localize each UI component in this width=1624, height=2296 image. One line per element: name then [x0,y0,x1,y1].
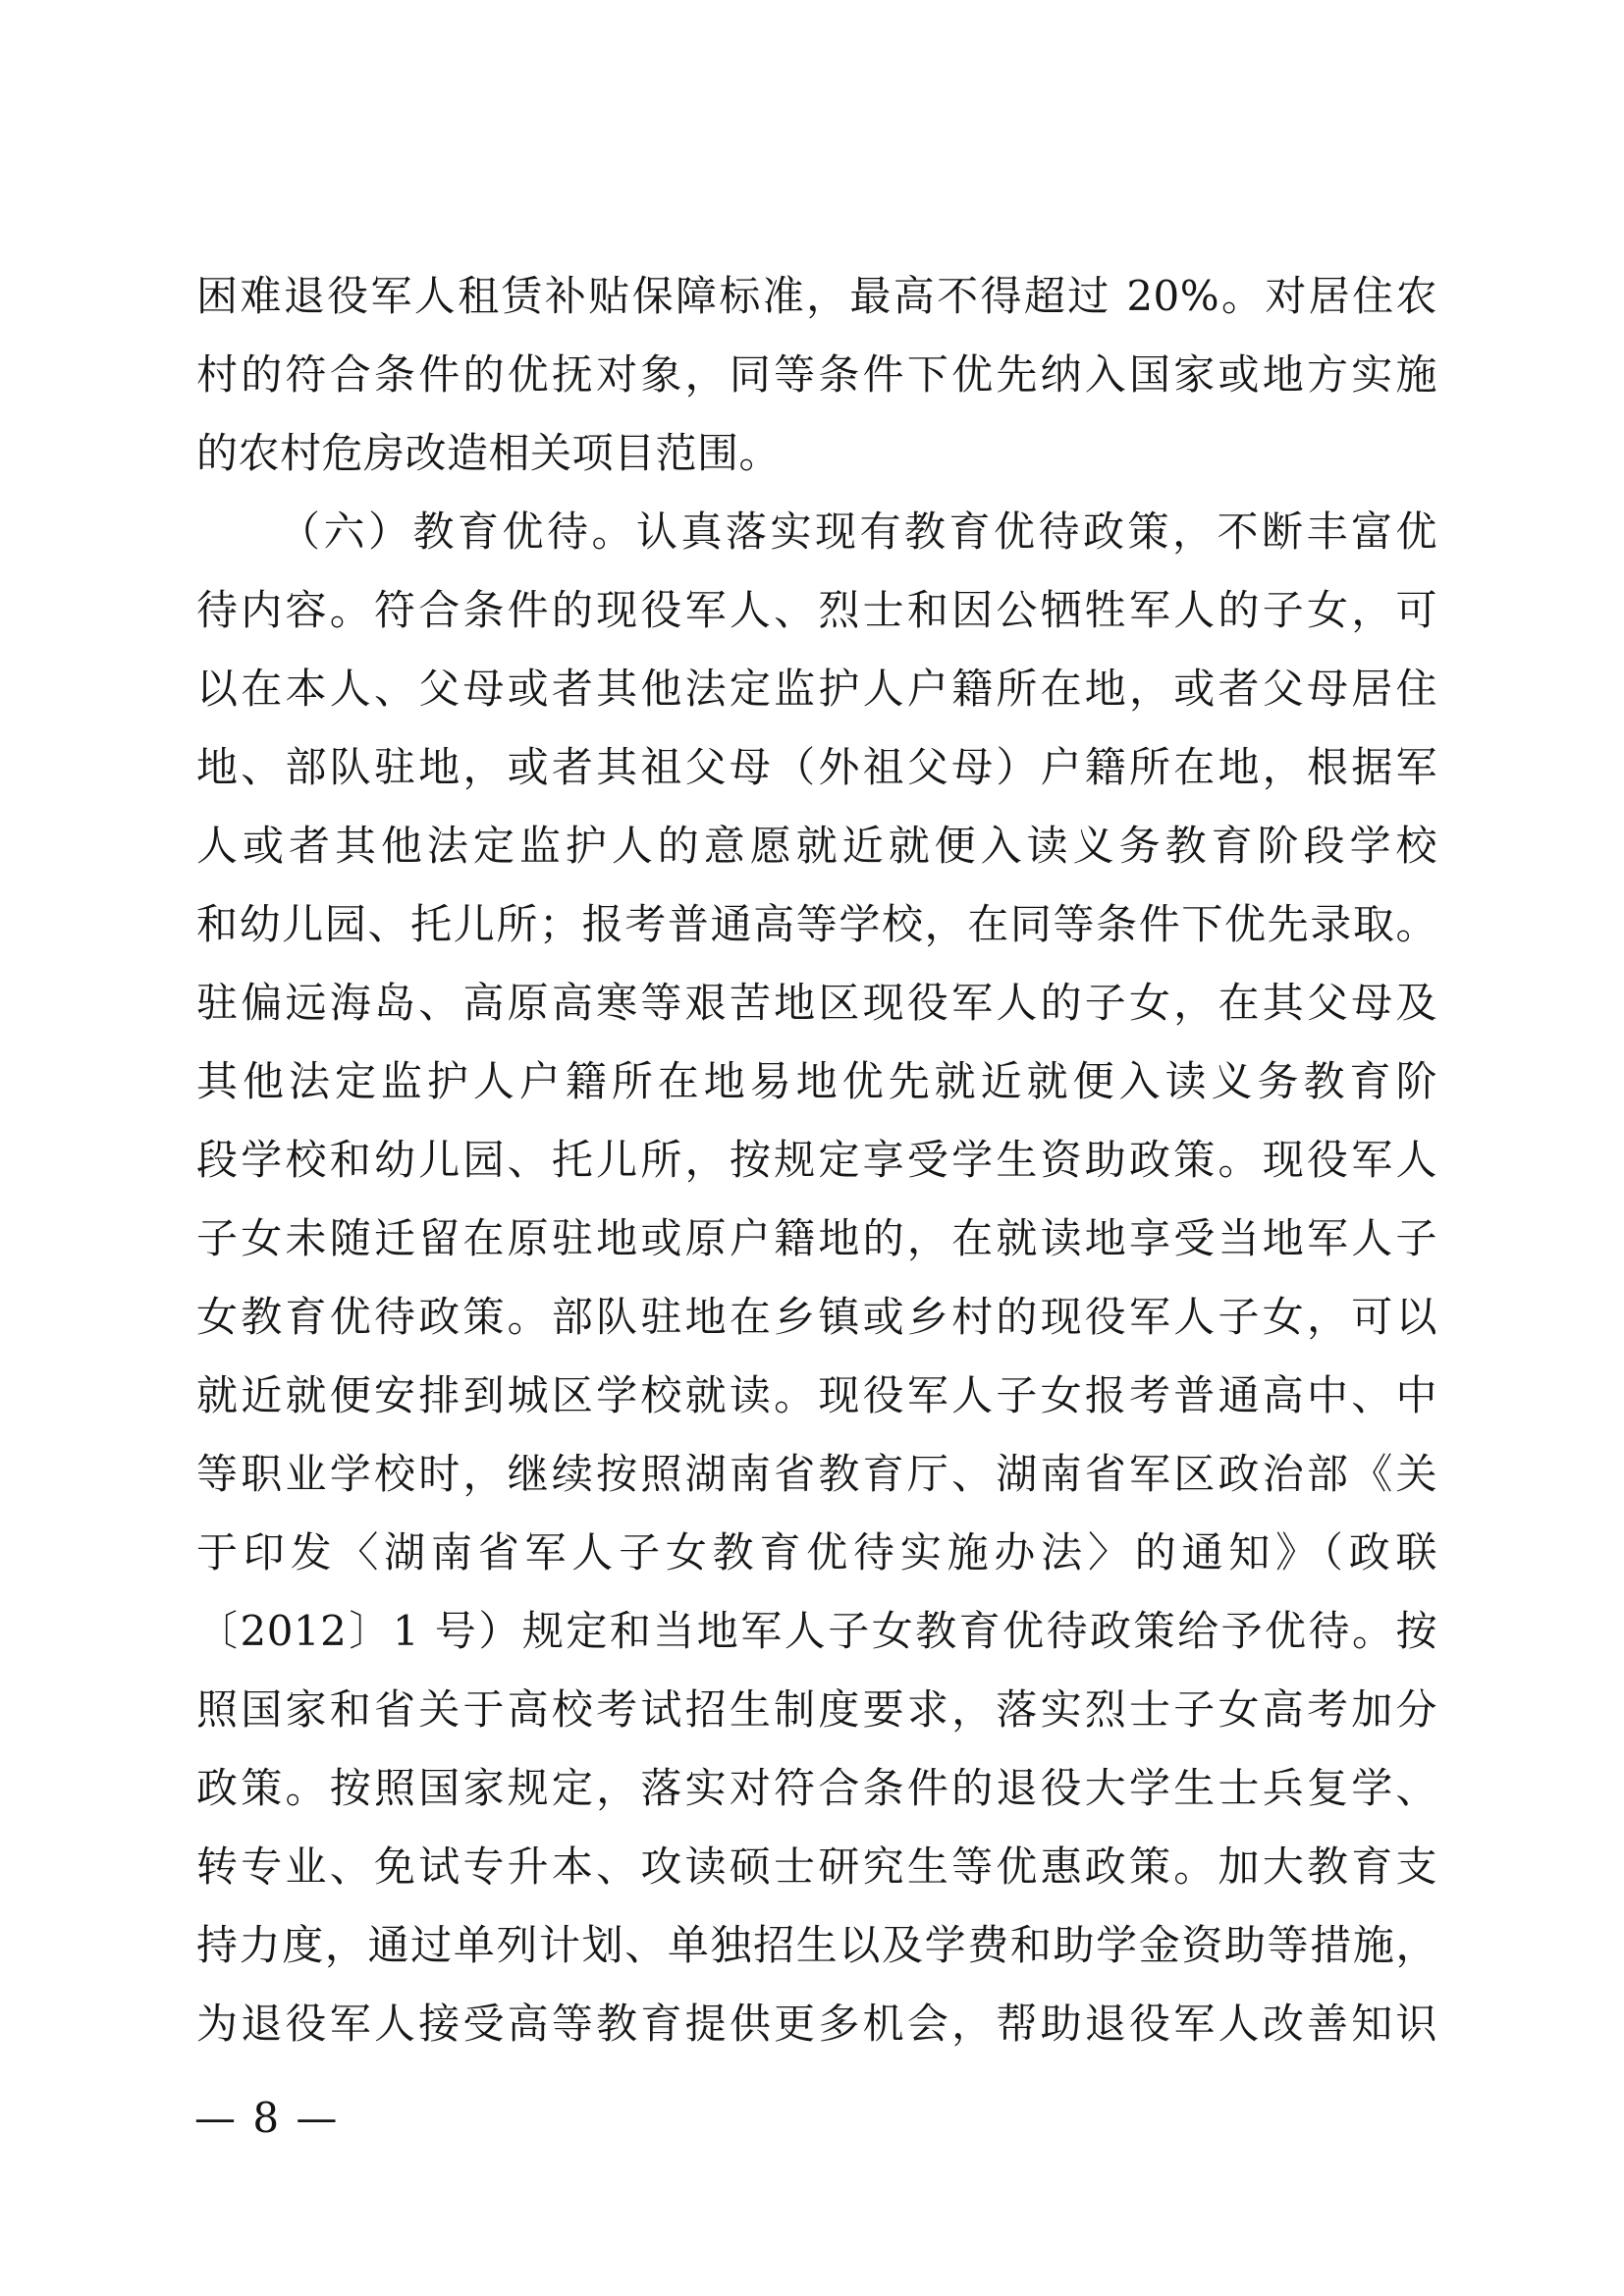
document-page: 困难退役军人租赁补贴保障标准，最高不得超过 20%。对居住农村的符合条件的优抚对… [0,0,1624,2296]
text-line: 照国家和省关于高校考试招生制度要求，落实烈士子女高考加分 [196,1671,1437,1749]
text-line: 的农村危房改造相关项目范围。 [196,414,1437,493]
text-line: 驻偏远海岛、高原高寒等艰苦地区现役军人的子女，在其父母及 [196,964,1437,1042]
text-line: 人或者其他法定监护人的意愿就近就便入读义务教育阶段学校 [196,807,1437,885]
text-line: 为退役军人接受高等教育提供更多机会，帮助退役军人改善知识 [196,1985,1437,2063]
text-line: 以在本人、父母或者其他法定监护人户籍所在地，或者父母居住 [196,650,1437,728]
text-line: （六）教育优待。认真落实现有教育优待政策，不断丰富优 [196,493,1437,571]
text-line: 等职业学校时，继续按照湖南省教育厅、湖南省军区政治部《关 [196,1435,1437,1514]
text-line: 政策。按照国家规定，落实对符合条件的退役大学生士兵复学、 [196,1749,1437,1828]
text-line: 村的符合条件的优抚对象，同等条件下优先纳入国家或地方实施 [196,336,1437,414]
text-line: 〔2012〕1 号）规定和当地军人子女教育优待政策给予优待。按 [196,1592,1437,1671]
page-number: — 8 — [194,2089,339,2148]
text-line: 于印发〈湖南省军人子女教育优待实施办法〉的通知》（政联 [196,1514,1437,1592]
text-line: 持力度，通过单列计划、单独招生以及学费和助学金资助等措施， [196,1906,1437,1985]
text-line: 和幼儿园、托儿所；报考普通高等学校，在同等条件下优先录取。 [196,885,1437,964]
text-line: 段学校和幼儿园、托儿所，按规定享受学生资助政策。现役军人 [196,1121,1437,1200]
text-line: 其他法定监护人户籍所在地易地优先就近就便入读义务教育阶 [196,1042,1437,1121]
text-line: 就近就便安排到城区学校就读。现役军人子女报考普通高中、中 [196,1357,1437,1435]
text-line: 困难退役军人租赁补贴保障标准，最高不得超过 20%。对居住农 [196,257,1437,336]
text-line: 地、部队驻地，或者其祖父母（外祖父母）户籍所在地，根据军 [196,728,1437,807]
text-line: 待内容。符合条件的现役军人、烈士和因公牺牲军人的子女，可 [196,571,1437,650]
text-line: 子女未随迁留在原驻地或原户籍地的，在就读地享受当地军人子 [196,1200,1437,1278]
text-block: 困难退役军人租赁补贴保障标准，最高不得超过 20%。对居住农村的符合条件的优抚对… [196,257,1437,2063]
text-line: 女教育优待政策。部队驻地在乡镇或乡村的现役军人子女，可以 [196,1278,1437,1357]
text-line: 转专业、免试专升本、攻读硕士研究生等优惠政策。加大教育支 [196,1828,1437,1906]
